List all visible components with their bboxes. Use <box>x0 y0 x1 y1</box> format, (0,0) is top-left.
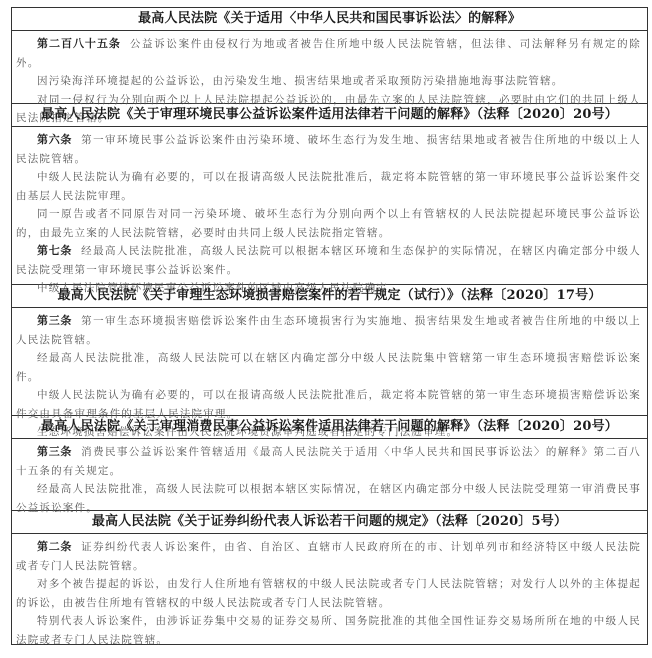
article-label: 第三条 <box>37 314 72 327</box>
article-text: 因污染海洋环境提起的公益诉讼，由污染发生地、损害结果地或者采取预防污染措施地海事… <box>37 75 564 87</box>
article-label: 第六条 <box>37 133 72 146</box>
article-text: 特别代表人诉讼案件，由涉诉证券集中交易的证券交易所、国务院批准的其他全国性证券交… <box>16 615 641 646</box>
article-paragraph: 中级人民法院认为确有必要的，可以在报请高级人民法院批准后，裁定将本院管辖的第一审… <box>16 168 641 205</box>
section-civil-procedure-interpretation: 最高人民法院《关于适用〈中华人民共和国民事诉讼法〉的解释》 第二百八十五条公益诉… <box>12 8 647 104</box>
article-paragraph: 同一原告或者不同原告对同一污染环境、破坏生态行为分别向两个以上有管辖权的人民法院… <box>16 205 641 242</box>
section-securities-representative-litigation: 最高人民法院《关于证券纠纷代表人诉讼若干问题的规定》（法释〔2020〕5号） 第… <box>12 511 647 644</box>
article-paragraph: 第二百八十五条公益诉讼案件由侵权行为地或者被告住所地中级人民法院管辖，但法律、司… <box>16 35 641 72</box>
article-text: 证券纠纷代表人诉讼案件，由省、自治区、直辖市人民政府所在的市、计划单列市和经济特… <box>16 541 641 572</box>
article-paragraph: 第二条证券纠纷代表人诉讼案件，由省、自治区、直辖市人民政府所在的市、计划单列市和… <box>16 538 641 575</box>
section-body: 第三条消费民事公益诉讼案件管辖适用《最高人民法院关于适用〈中华人民共和国民事诉讼… <box>12 439 647 511</box>
section-title: 最高人民法院《关于审理环境民事公益诉讼案件适用法律若干问题的解释》（法释〔202… <box>12 104 647 127</box>
article-text: 中级人民法院认为确有必要的，可以在报请高级人民法院批准后，裁定将本院管辖的第一审… <box>16 171 641 202</box>
article-text: 消费民事公益诉讼案件管辖适用《最高人民法院关于适用〈中华人民共和国民事诉讼法〉的… <box>16 446 641 477</box>
section-title: 最高人民法院《关于适用〈中华人民共和国民事诉讼法〉的解释》 <box>12 8 647 31</box>
article-paragraph: 对多个被告提起的诉讼，由发行人住所地有管辖权的中级人民法院或者专门人民法院管辖；… <box>16 575 641 612</box>
article-label: 第三条 <box>37 445 72 458</box>
article-paragraph: 第七条经最高人民法院批准，高级人民法院可以根据本辖区环境和生态保护的实际情况，在… <box>16 242 641 279</box>
jurisdiction-provisions-table: 最高人民法院《关于适用〈中华人民共和国民事诉讼法〉的解释》 第二百八十五条公益诉… <box>11 7 648 645</box>
article-text: 第一审环境民事公益诉讼案件由污染环境、破坏生态行为发生地、损害结果地或者被告住所… <box>16 134 641 165</box>
article-text: 中级人民法院认为确有必要的，可以在报请高级人民法院批准后，裁定将本院管辖的第一审… <box>16 389 641 420</box>
article-paragraph: 经最高人民法院批准，高级人民法院可以在辖区内确定部分中级人民法院集中管辖第一审生… <box>16 349 641 386</box>
article-text: 对多个被告提起的诉讼，由发行人住所地有管辖权的中级人民法院或者专门人民法院管辖；… <box>16 578 641 609</box>
article-text: 经最高人民法院批准，高级人民法院可以根据本辖区环境和生态保护的实际情况，在辖区内… <box>16 245 641 276</box>
section-ecological-damage-compensation: 最高人民法院《关于审理生态环境损害赔偿案件的若干规定（试行）》（法释〔2020〕… <box>12 285 647 416</box>
section-body: 第二百八十五条公益诉讼案件由侵权行为地或者被告住所地中级人民法院管辖，但法律、司… <box>12 31 647 104</box>
section-title: 最高人民法院《关于证券纠纷代表人诉讼若干问题的规定》（法释〔2020〕5号） <box>12 511 647 534</box>
section-body: 第二条证券纠纷代表人诉讼案件，由省、自治区、直辖市人民政府所在的市、计划单列市和… <box>12 534 647 644</box>
article-paragraph: 特别代表人诉讼案件，由涉诉证券集中交易的证券交易所、国务院批准的其他全国性证券交… <box>16 612 641 649</box>
article-label: 第二百八十五条 <box>37 37 121 50</box>
article-paragraph: 因污染海洋环境提起的公益诉讼，由污染发生地、损害结果地或者采取预防污染措施地海事… <box>16 72 641 91</box>
section-title: 最高人民法院《关于审理消费民事公益诉讼案件适用法律若干问题的解释》（法释〔202… <box>12 416 647 439</box>
section-body: 第三条第一审生态环境损害赔偿诉讼案件由生态环境损害行为实施地、损害结果发生地或者… <box>12 308 647 416</box>
article-label: 第二条 <box>37 540 72 553</box>
article-text: 同一原告或者不同原告对同一污染环境、破坏生态行为分别向两个以上有管辖权的人民法院… <box>16 208 641 239</box>
article-text: 第一审生态环境损害赔偿诉讼案件由生态环境损害行为实施地、损害结果发生地或者被告住… <box>16 315 641 346</box>
section-consumer-public-interest: 最高人民法院《关于审理消费民事公益诉讼案件适用法律若干问题的解释》（法释〔202… <box>12 416 647 511</box>
article-text: 经最高人民法院批准，高级人民法院可以根据本辖区实际情况，在辖区内确定部分中级人民… <box>16 483 641 514</box>
article-text: 经最高人民法院批准，高级人民法院可以在辖区内确定部分中级人民法院集中管辖第一审生… <box>16 352 641 383</box>
article-paragraph: 第三条第一审生态环境损害赔偿诉讼案件由生态环境损害行为实施地、损害结果发生地或者… <box>16 312 641 349</box>
section-environmental-public-interest: 最高人民法院《关于审理环境民事公益诉讼案件适用法律若干问题的解释》（法释〔202… <box>12 104 647 285</box>
article-label: 第七条 <box>37 244 72 257</box>
section-body: 第六条第一审环境民事公益诉讼案件由污染环境、破坏生态行为发生地、损害结果地或者被… <box>12 127 647 285</box>
article-paragraph: 第六条第一审环境民事公益诉讼案件由污染环境、破坏生态行为发生地、损害结果地或者被… <box>16 131 641 168</box>
article-paragraph: 第三条消费民事公益诉讼案件管辖适用《最高人民法院关于适用〈中华人民共和国民事诉讼… <box>16 443 641 480</box>
section-title: 最高人民法院《关于审理生态环境损害赔偿案件的若干规定（试行）》（法释〔2020〕… <box>12 285 647 308</box>
